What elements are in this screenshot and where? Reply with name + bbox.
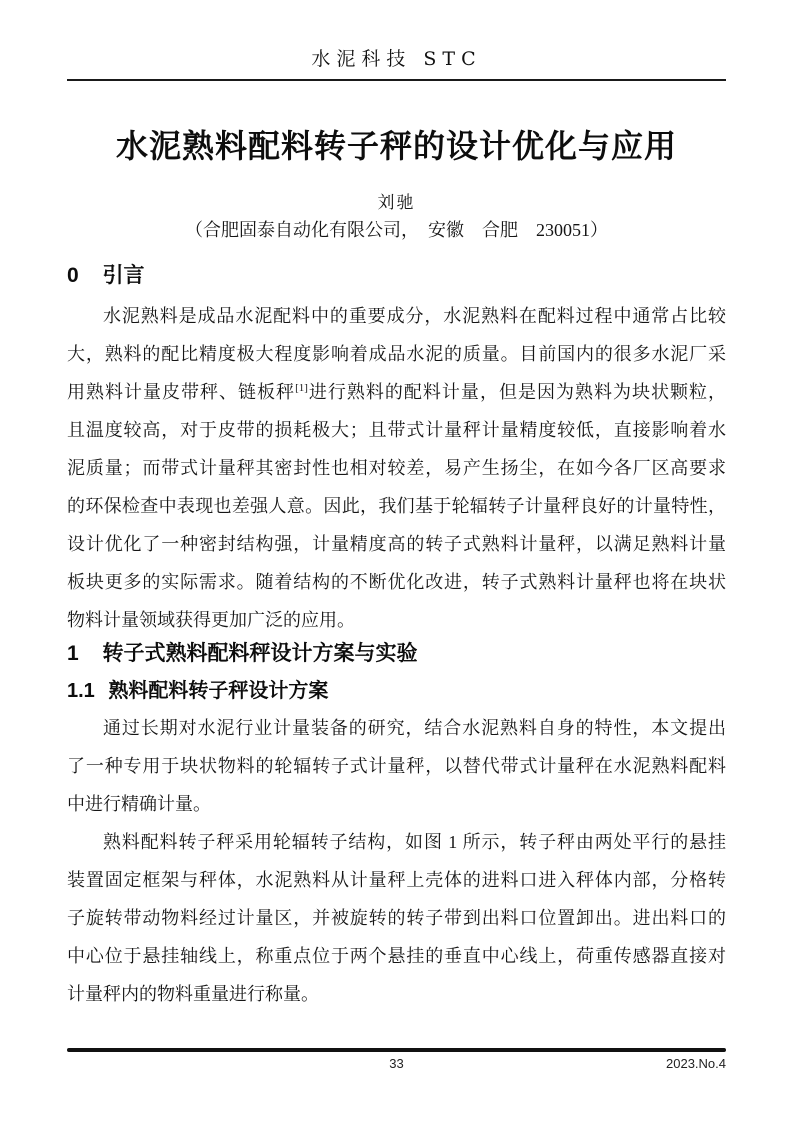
paragraph-line: 水泥熟料是成品水泥配料中的重要成分，水泥熟料在配料过程中通常占比较 xyxy=(67,297,726,335)
section-heading-1: 1 转子式熟料配料秤设计方案与实验 xyxy=(67,639,726,669)
section-number: 1 xyxy=(67,639,79,669)
section-heading-1-1: 1.1 熟料配料转子秤设计方案 xyxy=(67,677,726,705)
section-title: 转子式熟料配料秤设计方案与实验 xyxy=(103,639,418,669)
paragraph-line: 的环保检查中表现也差强人意。因此，我们基于轮辐转子计量秤良好的计量特性， xyxy=(67,487,726,525)
paragraph-line: 了一种专用于块状物料的轮辐转子式计量秤，以替代带式计量秤在水泥熟料配料 xyxy=(67,747,726,785)
article-title: 水泥熟料配料转子秤的设计优化与应用 xyxy=(67,125,726,167)
paragraph-line: 大，熟料的配比精度极大程度影响着成品水泥的质量。目前国内的很多水泥厂采 xyxy=(67,335,726,373)
line-text-after-ref: 进行熟料的配料计量，但是因为熟料为块状颗粒， xyxy=(308,382,726,402)
paragraph-line: 通过长期对水泥行业计量装备的研究，结合水泥熟料自身的特性，本文提出 xyxy=(67,709,726,747)
paragraph-line: 子旋转带动物料经过计量区，并被旋转的转子带到出料口位置卸出。进出料口的 xyxy=(67,899,726,937)
paragraph-line: 板块更多的实际需求。随着结构的不断优化改进，转子式熟料计量秤也将在块状 xyxy=(67,563,726,601)
section-1-1-paragraph-b: 熟料配料转子秤采用轮辐转子结构，如图 1 所示，转子秤由两处平行的悬挂 装置固定… xyxy=(67,823,726,1013)
reference-marker: [1] xyxy=(295,382,308,394)
section-number: 0 xyxy=(67,261,79,291)
intro-paragraph: 水泥熟料是成品水泥配料中的重要成分，水泥熟料在配料过程中通常占比较 大，熟料的配… xyxy=(67,297,726,639)
page-number: 33 xyxy=(67,1054,726,1074)
paragraph-line-with-reference: 用熟料计量皮带秤、链板秤[1]进行熟料的配料计量，但是因为熟料为块状颗粒， xyxy=(67,373,726,411)
paragraph-line: 计量秤内的物料重量进行称量。 xyxy=(67,975,726,1013)
paragraph-line: 中进行精确计量。 xyxy=(67,785,726,823)
issue-label: 2023.No.4 xyxy=(666,1054,726,1074)
header-rule xyxy=(67,79,726,81)
paragraph-line: 且温度较高，对于皮带的损耗极大；且带式计量秤计量精度较低，直接影响着水 xyxy=(67,411,726,449)
paragraph-line: 泥质量；而带式计量秤其密封性也相对较差，易产生扬尘，在如今各厂区高要求 xyxy=(67,449,726,487)
journal-title: 水泥科技 STC xyxy=(311,46,481,72)
paragraph-line: 装置固定框架与秤体，水泥熟料从计量秤上壳体的进料口进入秤体内部，分格转 xyxy=(67,861,726,899)
section-heading-intro: 0 引言 xyxy=(67,261,726,291)
paragraph-line: 物料计量领域获得更加广泛的应用。 xyxy=(67,601,726,639)
section-title: 引言 xyxy=(103,261,145,291)
page-footer: 33 2023.No.4 xyxy=(67,1048,726,1076)
section-number: 1.1 xyxy=(67,677,95,705)
paragraph-line: 中心位于悬挂轴线上，称重点位于两个悬挂的垂直中心线上，荷重传感器直接对 xyxy=(67,937,726,975)
footer-row: 33 2023.No.4 xyxy=(67,1054,726,1076)
journal-header: 水泥科技 STC xyxy=(67,0,726,81)
affiliation: （合肥固泰自动化有限公司， 安徽 合肥 230051） xyxy=(67,217,726,243)
section-title: 熟料配料转子秤设计方案 xyxy=(108,677,328,705)
paragraph-line: 熟料配料转子秤采用轮辐转子结构，如图 1 所示，转子秤由两处平行的悬挂 xyxy=(67,823,726,861)
section-1-1-paragraph-a: 通过长期对水泥行业计量装备的研究，结合水泥熟料自身的特性，本文提出 了一种专用于… xyxy=(67,709,726,823)
author-name: 刘驰 xyxy=(67,191,726,215)
line-text-before-ref: 用熟料计量皮带秤、链板秤 xyxy=(67,382,295,402)
document-page: 水泥科技 STC 水泥熟料配料转子秤的设计优化与应用 刘驰 （合肥固泰自动化有限… xyxy=(0,0,793,1122)
footer-rule xyxy=(67,1048,726,1052)
paragraph-line: 设计优化了一种密封结构强，计量精度高的转子式熟料计量秤，以满足熟料计量 xyxy=(67,525,726,563)
